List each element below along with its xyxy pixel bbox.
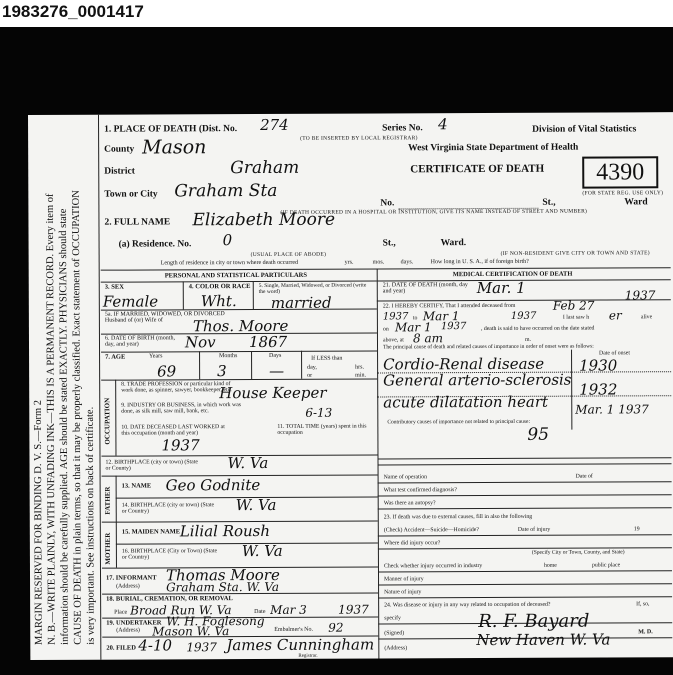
operation-date-label: Date of (576, 474, 593, 480)
specify-note: (Specify City or Town, County, and State… (532, 549, 625, 555)
burial-date-value: Mar 3 (270, 603, 307, 617)
nature-label: Nature of injury (384, 589, 421, 595)
certificate-title: CERTIFICATE OF DEATH (410, 163, 544, 176)
last-seen-year: 1937 (441, 321, 467, 332)
embalmer-label: Embalmer's No. (274, 627, 313, 633)
months-label: Months (219, 353, 237, 359)
industry-label: 9. INDUSTRY OR BUSINESS, in which work w… (121, 402, 241, 415)
diagnosis-label: What test confirmed diagnosis? (384, 487, 457, 493)
public-place-label: public place (592, 562, 620, 568)
filed-label: 20. FILED (106, 645, 136, 652)
binding-margin: MARGIN RESERVED FOR BINDING D. V. S.—For… (28, 115, 101, 660)
less-than-label: If LESS than (311, 356, 342, 362)
burial-label: 18. BURIAL, CREMATION, OR REMOVAL (106, 595, 233, 603)
age-days-value: — (269, 362, 284, 380)
last-saw-label: I last saw h (563, 315, 589, 321)
last-worked-value: 1937 (161, 436, 199, 454)
years-label: Years (149, 353, 162, 359)
undertaker-address-label: (Address) (116, 628, 140, 634)
cause-3: acute dilatation heart (383, 393, 548, 412)
alive-label: alive (641, 314, 652, 320)
manner-label: Manner of injury (384, 576, 424, 582)
trade-value: House Keeper (219, 384, 326, 402)
dob-month-value: Nov (185, 333, 216, 351)
state-reg-number: 4390 (582, 156, 658, 188)
physician-signature: R. F. Bayard (478, 611, 589, 632)
father-name-label: 13. NAME (122, 482, 152, 489)
home-label: home (544, 563, 557, 569)
series-no-value: 4 (438, 115, 448, 133)
margin-line: CAUSE OF DEATH in plain terms, so that i… (70, 125, 85, 645)
burial-year-value: 1937 (338, 603, 369, 617)
contributory-code: 95 (527, 425, 549, 445)
usa-label: How long in U. S. A., if of foreign birt… (431, 259, 529, 265)
district-value: Graham (230, 158, 299, 178)
medical-section-title: MEDICAL CERTIFICATION OF DEATH (453, 271, 573, 279)
abode-note: (USUAL PLACE OF ABODE) (251, 252, 327, 258)
age-label: 7. AGE (105, 354, 125, 361)
father-side-label: FATHER (104, 486, 112, 514)
town-value: Graham Sta (174, 181, 277, 201)
county-value: Mason (142, 136, 206, 158)
industry-check-label: Check whether injury occurred in industr… (384, 563, 482, 569)
above-at-label: above, at (383, 337, 404, 343)
state-reg-note: (FOR STATE REG. USE ONLY) (582, 190, 663, 196)
dist-note: (TO BE INSERTED BY LOCAL REGISTRAR) (300, 135, 418, 142)
document-id: 1983276_0001417 (2, 2, 144, 22)
check-label: (Check) Accident—Suicide—Homicide? (384, 527, 479, 533)
no-label: No. (380, 198, 394, 208)
causes-intro: The principal cause of death and related… (383, 344, 594, 351)
on-label: on (383, 326, 389, 332)
autopsy-label: Was there an autopsy? (384, 500, 436, 506)
certificate-paper: MARGIN RESERVED FOR BINDING D. V. S.—For… (28, 112, 673, 660)
death-stated-text: , death is said to have occurred on the … (481, 326, 595, 332)
registrar-label: Registrar. (298, 654, 317, 659)
embalmer-no-value: 92 (328, 621, 343, 635)
m-label: m. (525, 337, 531, 343)
father-birthplace-label: 14. BIRTHPLACE (city or town) (State or … (122, 502, 218, 514)
if-so-label: If, so, (636, 601, 649, 607)
cause-2: General arterio-sclerosis (383, 371, 571, 390)
signed-label: (Signed) (384, 630, 404, 636)
external-causes-label: 23. If death was due to external causes,… (384, 514, 532, 521)
physician-address-label: (Address) (384, 645, 407, 651)
race-value: Wht. (201, 292, 237, 310)
nonresident-note: (IF NON-RESIDENT GIVE CITY OR TOWN AND S… (501, 250, 650, 257)
mother-name-value: Lilial Roush (180, 522, 270, 540)
contributory-label: Contributory causes of importance not re… (387, 419, 537, 426)
district-label: District (104, 167, 135, 177)
informant-label: 17. INFORMANT (106, 574, 157, 581)
length-of-residence-label: Length of residence in city or town wher… (161, 260, 298, 267)
division-label: Division of Vital Statistics (532, 124, 636, 134)
department-label: West Virginia State Department of Health (408, 143, 578, 154)
burial-place-label: Place (114, 610, 127, 616)
ward-label: Ward (624, 197, 647, 207)
dod-value: Mar. 1 (477, 279, 526, 297)
operation-label: Name of operation (384, 474, 427, 480)
mother-birthplace-label: 16. BIRTHPLACE (City or Town) (State or … (122, 548, 218, 560)
specify-label: specify (384, 615, 401, 621)
attended-from-value: Feb 27 (553, 299, 595, 313)
injury-date-label: Date of injury (518, 527, 551, 533)
cause-3-onset: Mar. 1 1937 (575, 402, 649, 416)
residence-ward-label: Ward. (441, 238, 467, 248)
st-label: St., (542, 198, 555, 208)
dob-label: 6. DATE OF BIRTH (month, day, and year) (105, 335, 185, 347)
town-label: Town or City (104, 189, 157, 199)
industry-code: 6-13 (305, 406, 332, 420)
certificate-form: 1. PLACE OF DEATH (Dist. No. 274 (TO BE … (100, 112, 672, 659)
informant-address-label: (Address) (116, 584, 140, 590)
full-name-value: Elizabeth Moore (192, 210, 335, 231)
total-time-label: 11. TOTAL TIME (years) spent in this occ… (277, 424, 367, 436)
yrs-label: yrs. (345, 260, 354, 266)
occupation-question: 24. Was disease or injury in any way rel… (384, 602, 550, 609)
sex-label: 3. SEX (105, 284, 124, 291)
place-of-death-label: 1. PLACE OF DEATH (Dist. No. (104, 124, 237, 135)
days-label: Days (269, 353, 281, 359)
age-years-value: 69 (157, 362, 176, 380)
days-label: days. (401, 259, 414, 265)
residence-no-value: 0 (223, 231, 233, 249)
occupation-side-label: OCCUPATION (103, 398, 111, 445)
injury-year-label: 19 (634, 526, 640, 532)
series-label: Series No. (382, 123, 423, 133)
filed-year-value: 1937 (186, 640, 217, 654)
father-name-value: Geo Godnite (166, 476, 261, 494)
registrar-signature: James Cunningham (226, 635, 374, 654)
time-of-death-value: 8 am (413, 331, 443, 345)
county-label: County (104, 145, 134, 155)
race-label: 4. COLOR OR RACE (189, 283, 251, 290)
mos-label: mos. (373, 259, 385, 265)
last-worked-label: 10. DATE DECEASED LAST WORKED at this oc… (121, 424, 231, 436)
filed-date-value: 4-10 (138, 636, 172, 654)
margin-instructions: MARGIN RESERVED FOR BINDING D. V. S.—For… (31, 125, 98, 645)
md-label: M. D. (638, 629, 653, 635)
full-name-label: 2. FULL NAME (104, 217, 170, 227)
dist-no-value: 274 (260, 116, 289, 134)
last-saw-value: er (609, 308, 622, 322)
sex-value: Female (103, 292, 158, 310)
where-label: Where did injury occur? (384, 540, 441, 546)
personal-section-title: PERSONAL AND STATISTICAL PARTICULARS (165, 272, 307, 280)
mother-birthplace-value: W. Va (242, 542, 283, 560)
margin-line: is very important. See instructions on b… (83, 125, 98, 645)
dob-year-value: 1867 (249, 333, 287, 351)
less-hrs-label: hrs. (355, 365, 364, 371)
residence-st-label: St., (383, 238, 396, 248)
birthplace-value: W. Va (227, 454, 268, 472)
attended-to-year: 1937 (511, 311, 537, 322)
physician-address-value: New Haven W. Va (476, 630, 610, 649)
mother-side-label: MOTHER (104, 533, 112, 565)
dod-label: 21. DATE OF DEATH (month, day and year) (383, 282, 475, 294)
birthplace-label: 12. BIRTHPLACE (city or town) (State or … (106, 459, 202, 471)
margin-line: N. B.—WRITE PLAINLY, WITH UNFADING INK—T… (44, 125, 59, 645)
father-birthplace-value: W. Va (236, 496, 277, 514)
less-day-label: day, (307, 365, 317, 371)
residence-label: (a) Residence. No. (119, 239, 192, 249)
mother-name-label: 15. MAIDEN NAME (122, 528, 180, 535)
age-months-value: 3 (217, 362, 227, 380)
